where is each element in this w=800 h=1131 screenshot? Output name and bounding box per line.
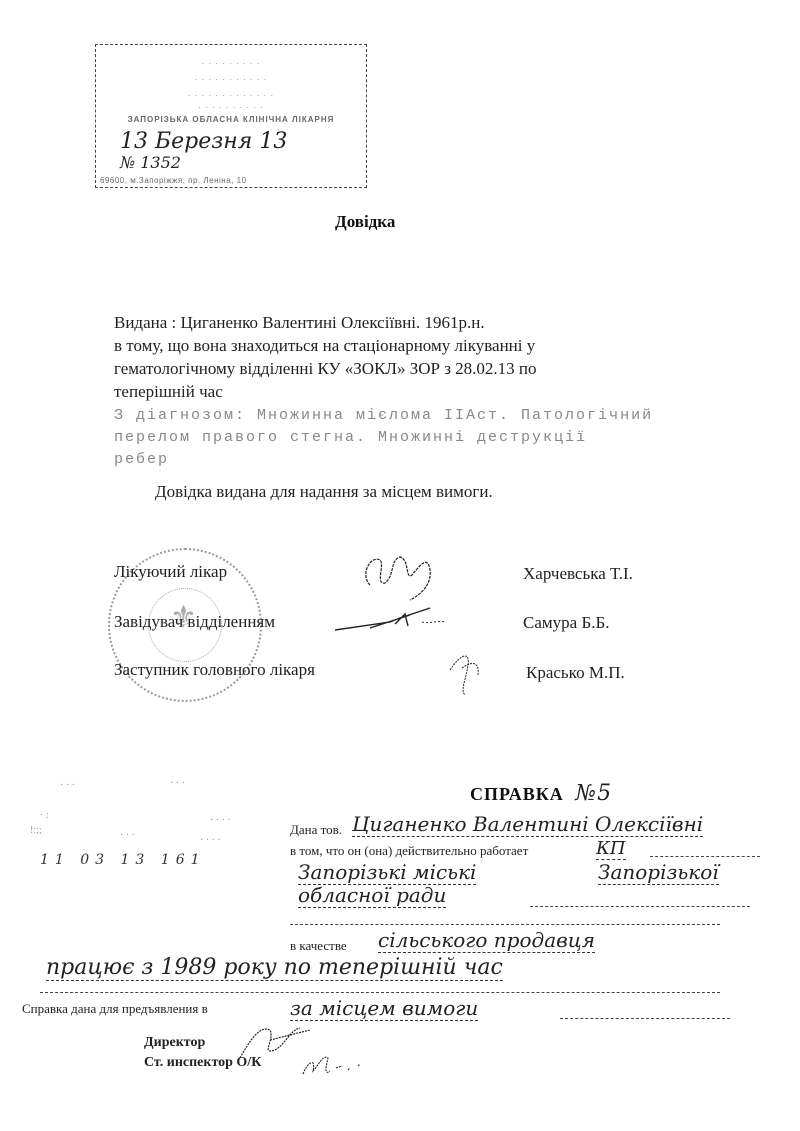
director-label: Директор [144, 1035, 205, 1051]
presented-value: за місцем вимоги [290, 996, 478, 1021]
stamp-address: 69600, м.Запоріжжя, пр. Леніна, 10 [100, 176, 362, 185]
body-line: теперішній час [114, 382, 223, 402]
registration-stamp: · · · · · · · · · · · · · · · · · · · · … [95, 44, 367, 188]
stamp-date: 11 03 13 161 [40, 852, 206, 868]
works-value: КП [596, 838, 626, 860]
stamp-institution: ЗАПОРІЗЬКА ОБЛАСНА КЛІНІЧНА ЛІКАРНЯ [102, 115, 360, 124]
document-title: Довідка [335, 212, 395, 232]
signature-name: Самура Б.Б. [523, 613, 609, 633]
signature-scribble [298, 1046, 378, 1081]
diagnosis-line: ребер [114, 450, 169, 470]
signature-name: Харчевська Т.І. [523, 564, 633, 584]
position-line-2: працює з 1989 року по теперішній час [46, 955, 503, 981]
signature-role: Заступник головного лікаря [114, 660, 315, 680]
presented-label: Справка дана для предъявления в [22, 1001, 208, 1017]
diagnosis-line: З діагнозом: Множинна мієлома ІІАст. Пат… [114, 406, 653, 426]
stamp-line: · · · · · · · · · · · [102, 75, 360, 84]
signature-scribble [330, 600, 450, 635]
body-line: в тому, що вона знаходиться на стаціонар… [114, 336, 535, 356]
position-label: в качестве [290, 938, 347, 954]
stamp-date: 13 Березня 13 [120, 129, 287, 154]
issued-to-line: Видана : Циганенко Валентині Олексіївні.… [114, 313, 485, 333]
stamp-line: · · · · · · · · · · · · · [102, 91, 360, 100]
spravka-title: СПРАВКА №5 [470, 781, 612, 806]
signature-role: Завідувач відділенням [114, 612, 275, 632]
works-value: Запорізької [598, 860, 719, 885]
stamp-line: · · · · · · · · · · [102, 103, 360, 112]
position-value: сільського продавця [378, 928, 595, 953]
works-value: Запорізькі міські [298, 860, 476, 885]
body-line: гематологічному відділенні КУ «ЗОКЛ» ЗОР… [114, 359, 537, 379]
purpose-line: Довідка видана для надання за місцем вим… [155, 482, 493, 502]
given-to-label: Дана тов. [290, 822, 342, 838]
works-label: в том, что он (она) действительно работа… [290, 843, 528, 859]
works-value: обласної ради [298, 883, 446, 908]
square-stamp: · · · · · · · : · · · · !:;; · · · · · ·… [30, 770, 285, 900]
signature-role: Лікуючий лікар [114, 562, 227, 582]
signature-name: Красько М.П. [526, 663, 625, 683]
stamp-line: · · · · · · · · · [102, 59, 360, 68]
signature-scribble [350, 545, 440, 605]
stamp-number: № 1352 [120, 153, 181, 172]
spravka-number: №5 [575, 781, 612, 806]
signature-scribble [440, 640, 490, 700]
diagnosis-line: перелом правого стегна. Множинні деструк… [114, 428, 587, 448]
given-to-value: Циганенко Валентині Олексіївні [352, 812, 703, 837]
spravka-title-text: СПРАВКА [470, 784, 564, 804]
